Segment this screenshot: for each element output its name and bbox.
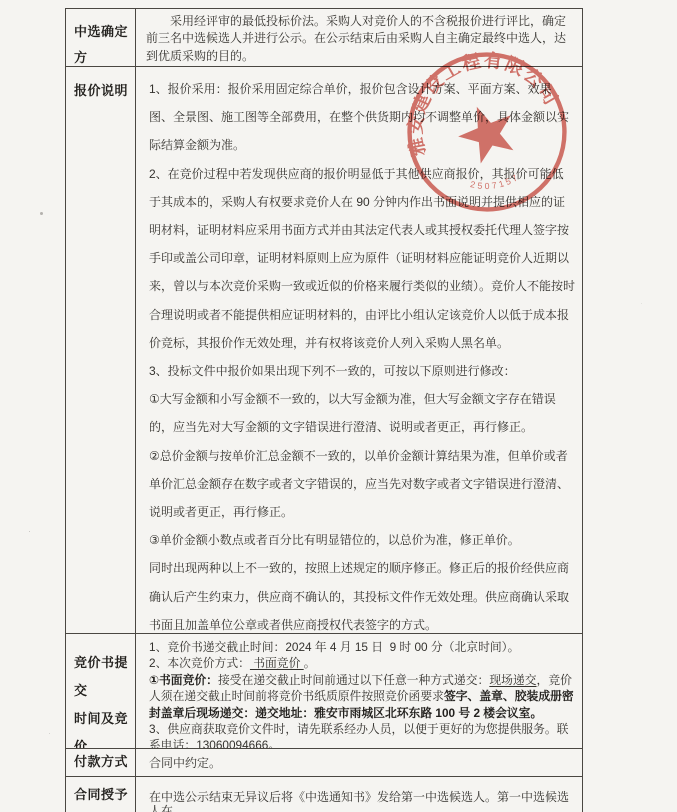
text-segment: 1、报价采用：报价采用固定综合单价，报价包含设计方案、平面方案、效果图、全景图、…	[149, 82, 569, 152]
text-segment: 1、竞价书递交截止时间：2024 年 4 月 15 日 9 时 00 分（北京时…	[149, 640, 519, 654]
paragraph: ③单价金额小数点或者百分比有明显错位的，以总价为准，修正单价。	[149, 526, 575, 554]
text-segment: 在中选公示结束无异议后将《中选通知书》发给第一中选候选人。第一中选候选人在	[149, 790, 569, 812]
row-label-line: 报价说明	[74, 78, 133, 104]
paragraph: 1、竞价书递交截止时间：2024 年 4 月 15 日 9 时 00 分（北京时…	[149, 639, 575, 655]
text-segment: 3、供应商获取竞价文件时，请先联系经办人员，以便于更好的为您提供服务。联系电话：…	[149, 722, 568, 748]
text-segment: ①书面竞价：	[149, 673, 218, 687]
paragraph: 合同中约定。	[149, 756, 575, 770]
text-segment: ②总价金额与按单价汇总金额不一致的，以单价金额计算结果为准，但单价或者单价汇总金…	[149, 449, 569, 519]
row-label: 报价说明	[66, 67, 136, 633]
text-segment: ③单价金额小数点或者百分比有明显错位的，以总价为准，修正单价。	[149, 533, 520, 547]
text-segment: 合同中约定。	[149, 756, 221, 770]
paragraph: ①书面竞价：接受在递交截止时间前通过以下任意一种方式递交：现场递交，竞价人须在递…	[149, 672, 575, 721]
table-row: 合同授予在中选公示结束无异议后将《中选通知书》发给第一中选候选人。第一中选候选人…	[66, 777, 582, 812]
row-label-line: 合同授予	[74, 788, 133, 802]
text-segment: 现场递交	[489, 673, 536, 687]
table-row: 付款方式合同中约定。	[66, 749, 582, 777]
text-segment: 2、在竞价过程中若发现供应商的报价明显低于其他供应商报价，其报价可能低于其成本的…	[149, 167, 575, 350]
text-segment: 同时出现两种以上不一致的，按照上述规定的顺序修正。修正后的报价经供应商确认后产生…	[149, 561, 569, 631]
scan-noise	[40, 212, 43, 215]
text-segment: 接受在递交截止时间前通过以下任意一种方式递交：	[218, 673, 489, 687]
row-label: 付款方式	[66, 749, 136, 776]
paragraph: 在中选公示结束无异议后将《中选通知书》发给第一中选候选人。第一中选候选人在	[149, 790, 575, 812]
row-label-line: 中选确定方	[74, 19, 133, 67]
row-content: 采用经评审的最低投标价法。采购人对竞价人的不含税报价进行评比，确定前三名中选候选…	[136, 9, 582, 66]
text-segment: 3、投标文件中报价如果出现下列不一致的，可按以下原则进行修改：	[149, 364, 516, 378]
paragraph: 采用经评审的最低投标价法。采购人对竞价人的不含税报价进行评比，确定前三名中选候选…	[146, 13, 573, 65]
paragraph: 2、在竞价过程中若发现供应商的报价明显低于其他供应商报价，其报价可能低于其成本的…	[149, 160, 575, 357]
text-segment: 。	[304, 656, 316, 670]
row-label: 竞价书提交时间及竞价方式	[66, 634, 136, 748]
table-row: 竞价书提交时间及竞价方式1、竞价书递交截止时间：2024 年 4 月 15 日 …	[66, 634, 582, 749]
text-segment: 2、本次竞价方式：	[149, 656, 250, 670]
text-segment: 采用经评审的最低投标价法。采购人对竞价人的不含税报价进行评比，确定前三名中选候选…	[146, 14, 566, 63]
paragraph: ①大写金额和小写金额不一致的，以大写金额为准，但大写金额文字存在错误的，应当先对…	[149, 385, 575, 441]
row-label-line: 付款方式	[74, 755, 133, 769]
text-segment: ①大写金额和小写金额不一致的，以大写金额为准，但大写金额文字存在错误的，应当先对…	[149, 392, 556, 434]
paragraph: 2、本次竞价方式： 书面竞价 。	[149, 655, 575, 671]
paragraph: ②总价金额与按单价汇总金额不一致的，以单价金额计算结果为准，但单价或者单价汇总金…	[149, 442, 575, 527]
table-row: 报价说明1、报价采用：报价采用固定综合单价，报价包含设计方案、平面方案、效果图、…	[66, 67, 582, 634]
paragraph: 3、供应商获取竞价文件时，请先联系经办人员，以便于更好的为您提供服务。联系电话：…	[149, 721, 575, 748]
row-content: 1、竞价书递交截止时间：2024 年 4 月 15 日 9 时 00 分（北京时…	[136, 634, 582, 748]
paragraph: 1、报价采用：报价采用固定综合单价，报价包含设计方案、平面方案、效果图、全景图、…	[149, 75, 575, 160]
row-label-line: 时间及竞价	[74, 705, 133, 749]
doc-table: 中选确定方式采用经评审的最低投标价法。采购人对竞价人的不含税报价进行评比，确定前…	[65, 8, 583, 812]
text-segment: 书面竞价	[250, 656, 304, 670]
row-label-line: 竞价书提交	[74, 649, 133, 705]
paragraph: 同时出现两种以上不一致的，按照上述规定的顺序修正。修正后的报价经供应商确认后产生…	[149, 554, 575, 633]
row-content: 合同中约定。	[136, 749, 582, 776]
document-page: 中选确定方式采用经评审的最低投标价法。采购人对竞价人的不含税报价进行评比，确定前…	[0, 0, 677, 812]
paragraph: 3、投标文件中报价如果出现下列不一致的，可按以下原则进行修改：	[149, 357, 575, 385]
row-label: 中选确定方式	[66, 9, 136, 66]
row-label: 合同授予	[66, 777, 136, 812]
row-content: 在中选公示结束无异议后将《中选通知书》发给第一中选候选人。第一中选候选人在	[136, 777, 582, 812]
row-content: 1、报价采用：报价采用固定综合单价，报价包含设计方案、平面方案、效果图、全景图、…	[136, 67, 582, 633]
table-row: 中选确定方式采用经评审的最低投标价法。采购人对竞价人的不含税报价进行评比，确定前…	[66, 9, 582, 67]
